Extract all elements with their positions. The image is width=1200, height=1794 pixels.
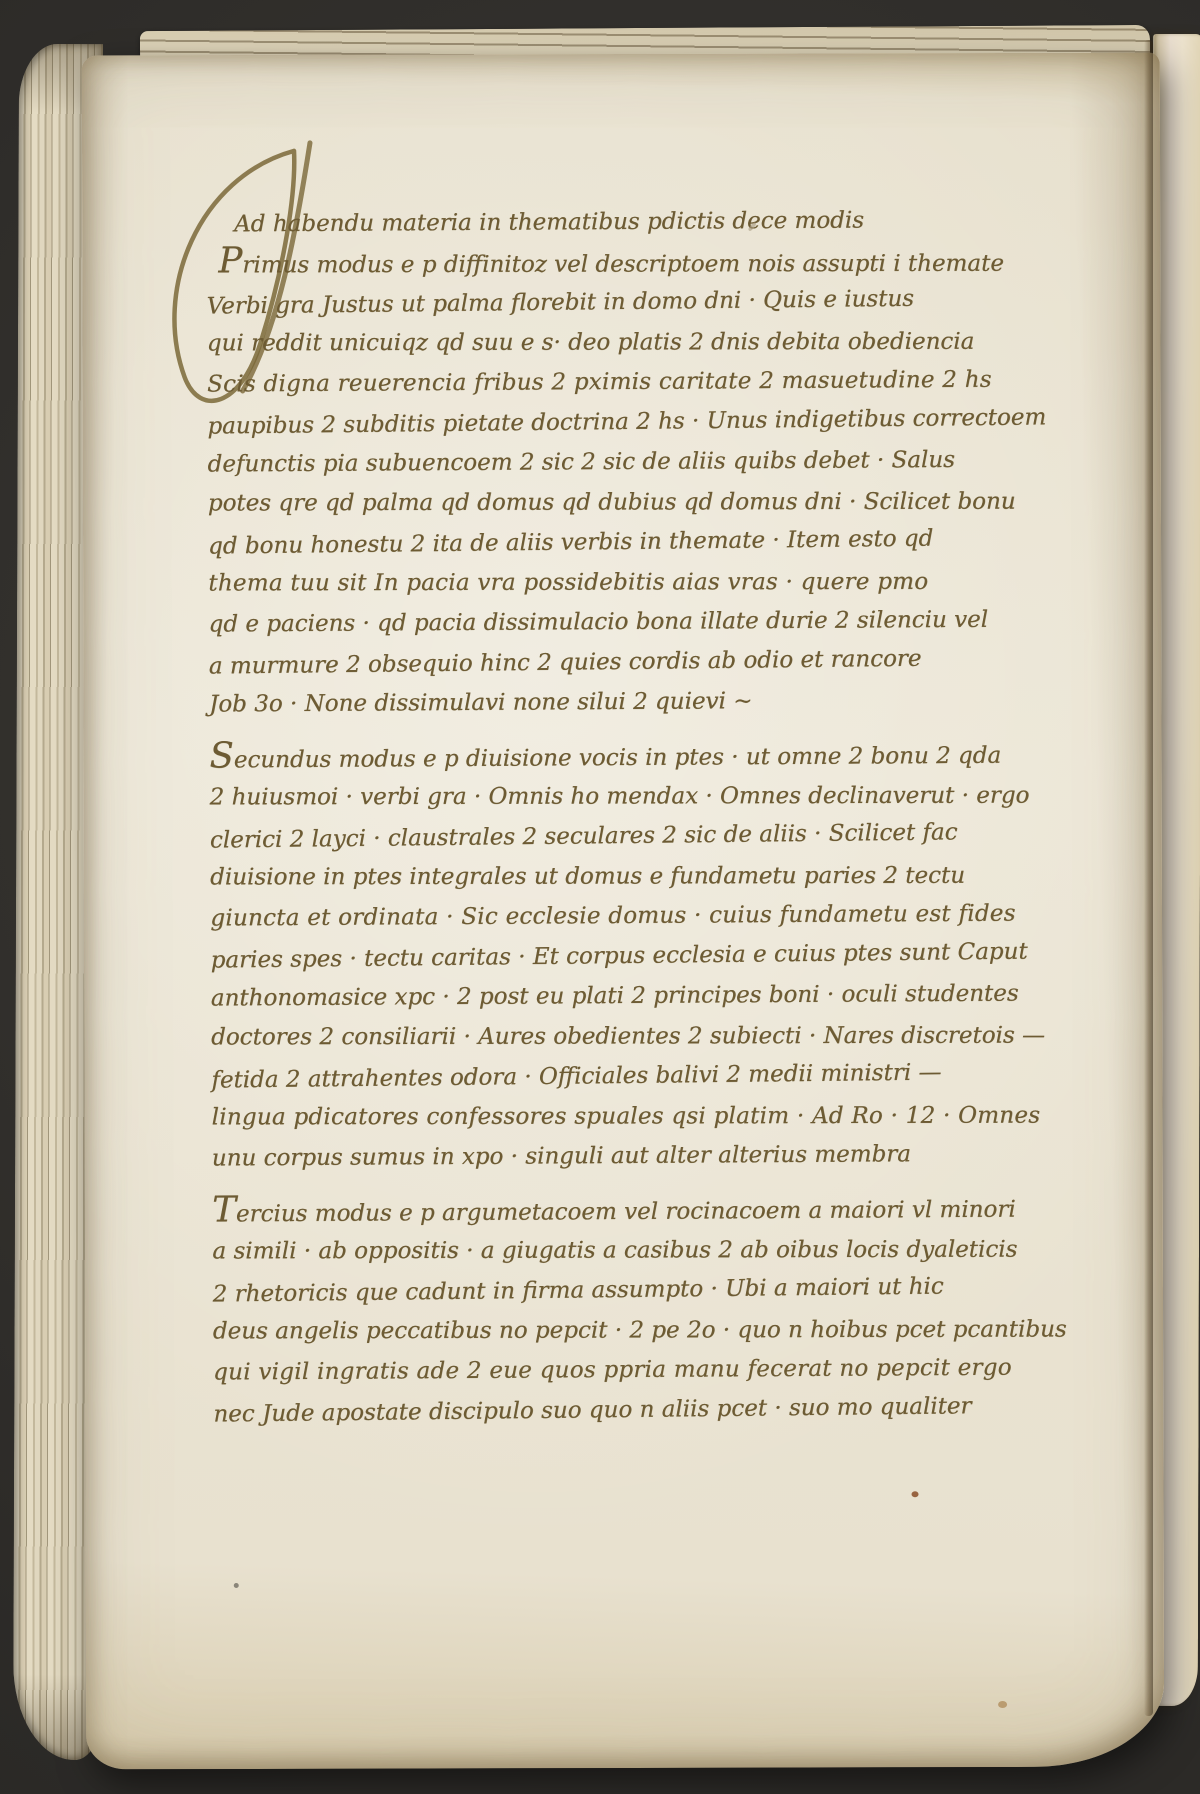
manuscript-line: fetida 2 attrahentes odora · Officiales … [211, 1051, 1041, 1100]
ink-speck [912, 1491, 919, 1497]
manuscript-line: diuisione in ptes integrales ut domus e … [210, 856, 1040, 898]
manuscript-line: Verbi gra Justus ut palma florebit in do… [206, 277, 1036, 326]
manuscript-line: Tercius modus e p argumetacoem vel rocin… [212, 1187, 1042, 1232]
manuscript-line: unu corpus sumus in xpo · singuli aut al… [212, 1133, 1042, 1178]
manuscript-line: potes qre qd palma qd domus qd dubius qd… [208, 482, 1038, 524]
manuscript-photo-background: Ad habendu materia in thematibus pdictis… [0, 0, 1200, 1794]
manuscript-line: anthonomasice xpc · 2 post eu plati 2 pr… [211, 973, 1041, 1018]
manuscript-line: nec Jude apostate discipulo suo quo n al… [213, 1385, 1043, 1434]
manuscript-page: Ad habendu materia in thematibus pdictis… [82, 53, 1164, 1770]
manuscript-line: 2 rhetoricis que cadunt in firma assumpt… [212, 1265, 1042, 1314]
manuscript-line: Secundus modus e p diuisione vocis in pt… [209, 733, 1039, 778]
manuscript-line: thema tuu sit In pacia vra possidebitis … [208, 562, 1038, 604]
manuscript-line: clerici 2 layci · claustrales 2 seculare… [210, 811, 1040, 860]
manuscript-line: doctores 2 consiliarii · Aures obediente… [211, 1016, 1041, 1058]
paragraph-2: Secundus modus e p diuisione vocis in pt… [209, 733, 1042, 1178]
manuscript-text: Ad habendu materia in thematibus pdictis… [206, 199, 1043, 1432]
manuscript-line: qd bonu honestu 2 ita de aliis verbis in… [208, 517, 1038, 566]
page-gutter-crease [1144, 40, 1153, 1716]
manuscript-line: Job 3o · None dissimulavi none silui 2 q… [209, 679, 1039, 724]
ink-speck [998, 1701, 1007, 1708]
manuscript-line: defunctis pia subuencoem 2 sic 2 sic de … [207, 439, 1037, 484]
manuscript-line: qui reddit unicuiqz qd suu e s· deo plat… [207, 322, 1037, 364]
manuscript-line: paupibus 2 subditis pietate doctrina 2 h… [207, 397, 1037, 446]
manuscript-line: lingua pdicatores confessores spuales qs… [212, 1096, 1042, 1138]
manuscript-line: Ad habendu materia in thematibus pdictis… [206, 199, 1036, 244]
manuscript-line: qui vigil ingratis ade 2 eue quos ppria … [213, 1347, 1043, 1392]
manuscript-line: Scis digna reuerencia fribus 2 pximis ca… [207, 359, 1037, 404]
manuscript-line: paries spes · tectu caritas · Et corpus … [210, 931, 1040, 980]
manuscript-line: qd e paciens · qd pacia dissimulacio bon… [208, 599, 1038, 644]
ink-speck [234, 1583, 239, 1588]
manuscript-line: deus angelis peccatibus no pepcit · 2 pe… [213, 1310, 1043, 1352]
manuscript-line: a simili · ab oppositis · a giugatis a c… [212, 1230, 1042, 1272]
manuscript-line: Primus modus e p diffinitoz vel descript… [206, 242, 1036, 284]
paragraph-1: Ad habendu materia in thematibus pdictis… [206, 199, 1039, 724]
manuscript-line: 2 huiusmoi · verbi gra · Omnis ho mendax… [210, 776, 1040, 818]
paragraph-3: Tercius modus e p argumetacoem vel rocin… [212, 1187, 1043, 1432]
manuscript-line: a murmure 2 obsequio hinc 2 quies cordis… [209, 637, 1039, 686]
manuscript-line: giuncta et ordinata · Sic ecclesie domus… [210, 893, 1040, 938]
